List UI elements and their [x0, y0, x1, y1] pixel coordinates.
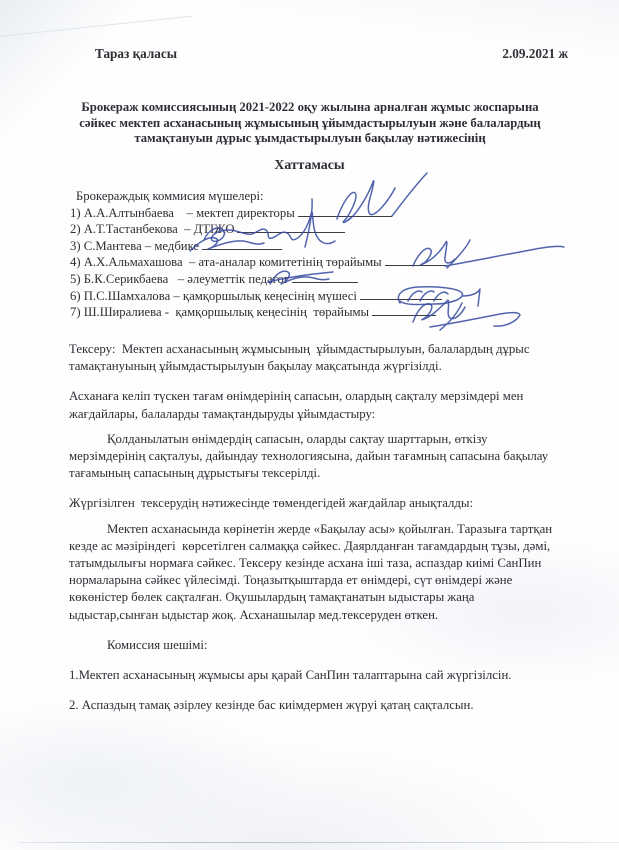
commission-members-list: Брокераждық коммисия мүшелері: 1) А.А.Ал…	[70, 188, 570, 321]
signature-line	[237, 221, 345, 233]
member-row: 7) Ш.Ширалиева - қамқоршылық кеңесінің т…	[70, 304, 570, 321]
signature-line	[298, 205, 392, 217]
paragraph-inspection: Тексеру: Мектеп асханасының жұмысының ұй…	[69, 341, 563, 375]
document-title: Брокераж комиссиясының 2021-2022 оқу жыл…	[74, 100, 546, 147]
decision-heading: Комиссия шешімі:	[69, 637, 563, 654]
member-row: 1) А.А.Алтынбаева – мектеп директоры	[70, 205, 570, 222]
member-text: 5) Б.К.Серикбаева – әлеуметтік педагог	[70, 272, 289, 286]
protocol-heading: Хаттамасы	[0, 157, 619, 173]
decision-item-1: 1.Мектеп асханасының жұмысы ары қарай Са…	[69, 667, 563, 684]
member-text: 3) С.Мантева – медбике	[70, 239, 199, 253]
document-place: Тараз қаласы	[95, 46, 177, 62]
signature-line	[292, 271, 358, 283]
paragraph-findings-intro: Жүргізілген тексерудің нәтижесінде төмен…	[69, 495, 563, 512]
scan-bottom-edge	[18, 842, 619, 843]
signature-line	[202, 238, 282, 250]
member-text: 6) П.С.Шамхалова – қамқоршылық кеңесінің…	[70, 289, 357, 303]
member-row: 3) С.Мантева – медбике	[70, 238, 570, 255]
member-text: 7) Ш.Ширалиева - қамқоршылық кеңесінің т…	[70, 305, 369, 319]
paragraph-incoming-products: Асханаға келіп түскен тағам өнімдерінің …	[69, 388, 563, 422]
document-header: Тараз қаласы 2.09.2021 ж	[95, 46, 568, 62]
member-row: 4) А.Х.Альмахашова – ата-аналар комитеті…	[70, 254, 570, 271]
member-row: 6) П.С.Шамхалова – қамқоршылық кеңесінің…	[70, 288, 570, 305]
document-body: Тексеру: Мектеп асханасының жұмысының ұй…	[69, 341, 563, 727]
signature-line	[385, 254, 447, 266]
member-text: 2) А.Т.Тастанбекова – ДТІЖО	[70, 222, 234, 236]
member-row: 5) Б.К.Серикбаева – әлеуметтік педагог	[70, 271, 570, 288]
member-row: 2) А.Т.Тастанбекова – ДТІЖО	[70, 221, 570, 238]
signature-line	[372, 304, 436, 316]
paragraph-findings-detail: Мектеп асханасында көрінетін жерде «Бақы…	[69, 521, 563, 624]
member-text: 4) А.Х.Альмахашова – ата-аналар комитеті…	[70, 255, 382, 269]
signature-line	[360, 288, 442, 300]
document-date: 2.09.2021 ж	[502, 46, 568, 62]
members-intro: Брокераждық коммисия мүшелері:	[76, 188, 570, 205]
decision-item-2: 2. Аспаздың тамақ әзірлеу кезінде бас ки…	[69, 697, 563, 714]
scan-crease	[0, 16, 194, 38]
paragraph-quality-check: Қолданылатын өнімдердің сапасын, оларды …	[69, 431, 563, 483]
scanned-document-page: Тараз қаласы 2.09.2021 ж Брокераж комисс…	[0, 0, 619, 850]
member-text: 1) А.А.Алтынбаева – мектеп директоры	[70, 206, 295, 220]
